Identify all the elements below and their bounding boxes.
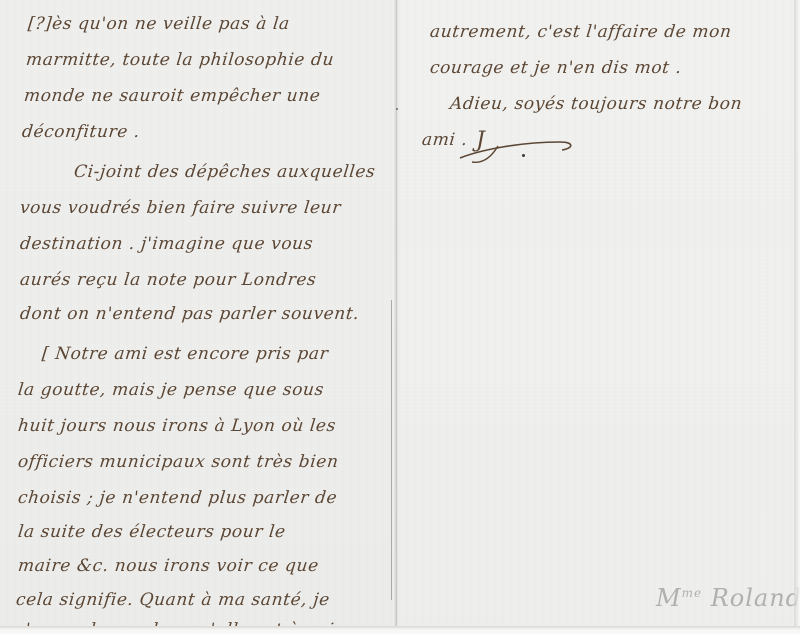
left-line-10: [ Notre ami est encore pris par <box>41 344 329 364</box>
left-line-1: [?]ès qu'on ne veille pas à la <box>27 14 291 34</box>
paper-right-edge <box>794 0 800 634</box>
fold-crease-line <box>391 300 392 600</box>
left-line-16: maire &c. nous irons voir ce que <box>17 556 320 576</box>
ink-speck <box>522 154 525 157</box>
letter-sheet: [?]ès qu'on ne veille pas à la marmitte,… <box>0 0 800 634</box>
annotation-superscript: me <box>682 586 702 600</box>
left-line-9: dont on n'entend pas parler souvent. <box>19 304 360 324</box>
left-line-14: choisis ; je n'entend plus parler de <box>17 488 338 508</box>
annotation-name: Roland <box>711 584 800 612</box>
left-line-6: vous voudrés bien faire suivre leur <box>19 198 342 218</box>
left-line-3: monde ne sauroit empêcher une <box>23 86 322 106</box>
left-line-2: marmitte, toute la philosophie du <box>25 50 335 70</box>
left-line-11: la goutte, mais je pense que sous <box>17 380 325 400</box>
left-line-17: cela signifie. Quant à ma santé, je <box>15 590 331 610</box>
left-line-15: la suite des électeurs pour le <box>17 522 287 542</box>
right-line-1: autrement, c'est l'affaire de mon <box>429 22 733 42</box>
center-fold <box>394 0 400 628</box>
left-line-13: officiers municipaux sont très bien <box>17 452 340 472</box>
left-line-12: huit jours nous irons à Lyon où les <box>17 416 337 436</box>
annotation-prefix: M <box>656 584 682 612</box>
left-line-8: aurés reçu la note pour Londres <box>19 270 317 290</box>
right-line-2: courage et je n'en dis mot . <box>429 58 683 78</box>
left-line-7: destination . j'imagine que vous <box>19 234 314 254</box>
left-line-5: Ci-joint des dépêches auxquelles <box>73 162 376 182</box>
paper-bottom-edge <box>0 626 800 634</box>
signature-flourish <box>450 136 580 166</box>
left-line-4: déconfiture . <box>21 122 141 142</box>
ink-speck <box>396 108 398 110</box>
right-line-3: Adieu, soyés toujours notre bon <box>449 94 743 114</box>
archival-pencil-annotation: Mme Roland <box>656 584 800 612</box>
